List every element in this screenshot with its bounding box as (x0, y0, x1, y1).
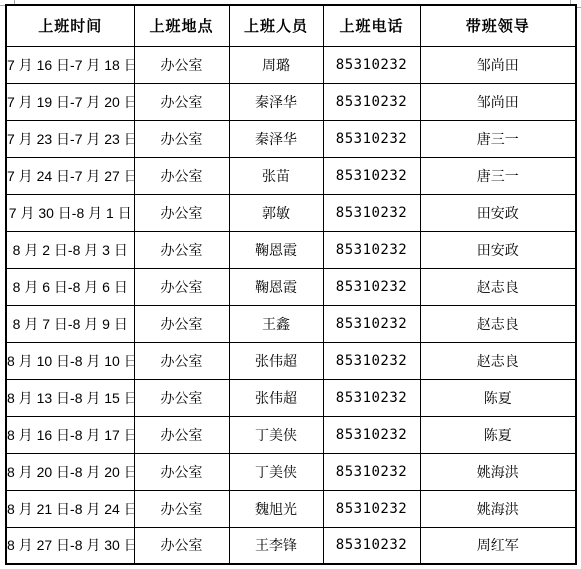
cell-person: 丁美侠 (229, 453, 323, 490)
cell-phone: 85310232 (323, 46, 420, 83)
table-row: 8 月 2 日-8 月 3 日办公室鞠恩霞85310232田安政 (6, 231, 576, 268)
cell-person: 丁美侠 (229, 416, 323, 453)
table-row: 8 月 6 日-8 月 6 日办公室鞠恩霞85310232赵志良 (6, 268, 576, 305)
cell-location: 办公室 (134, 194, 229, 231)
cell-phone: 85310232 (323, 453, 420, 490)
cell-person: 鞠恩霞 (229, 231, 323, 268)
cell-leader: 邹尚田 (420, 46, 576, 83)
cell-location: 办公室 (134, 453, 229, 490)
cell-person: 鞠恩霞 (229, 268, 323, 305)
cell-phone: 85310232 (323, 342, 420, 379)
cell-phone: 85310232 (323, 305, 420, 342)
cell-phone: 85310232 (323, 527, 420, 564)
cell-time: 7 月 16 日-7 月 18 日 (6, 46, 134, 83)
cell-leader: 陈夏 (420, 416, 576, 453)
cell-leader: 赵志良 (420, 268, 576, 305)
cell-location: 办公室 (134, 83, 229, 120)
table-row: 8 月 7 日-8 月 9 日办公室王鑫85310232赵志良 (6, 305, 576, 342)
cell-time: 8 月 6 日-8 月 6 日 (6, 268, 134, 305)
cell-leader: 周红军 (420, 527, 576, 564)
table-body: 7 月 16 日-7 月 18 日办公室周璐85310232邹尚田7 月 19 … (6, 46, 576, 564)
cell-person: 秦泽华 (229, 120, 323, 157)
cell-person: 张苗 (229, 157, 323, 194)
cell-leader: 唐三一 (420, 120, 576, 157)
cell-time: 7 月 24 日-7 月 27 日 (6, 157, 134, 194)
table-row: 8 月 13 日-8 月 15 日办公室张伟超85310232陈夏 (6, 379, 576, 416)
cell-person: 魏旭光 (229, 490, 323, 527)
table-row: 8 月 10 日-8 月 10 日办公室张伟超85310232赵志良 (6, 342, 576, 379)
cell-leader: 唐三一 (420, 157, 576, 194)
cell-person: 王李锋 (229, 527, 323, 564)
cell-location: 办公室 (134, 527, 229, 564)
cell-time: 8 月 27 日-8 月 30 日 (6, 527, 134, 564)
cell-time: 8 月 20 日-8 月 20 日 (6, 453, 134, 490)
cell-person: 张伟超 (229, 379, 323, 416)
cell-location: 办公室 (134, 416, 229, 453)
cell-leader: 田安政 (420, 231, 576, 268)
cell-time: 8 月 21 日-8 月 24 日 (6, 490, 134, 527)
table-row: 8 月 16 日-8 月 17 日办公室丁美侠85310232陈夏 (6, 416, 576, 453)
cell-location: 办公室 (134, 305, 229, 342)
cell-time: 7 月 19 日-7 月 20 日 (6, 83, 134, 120)
cell-phone: 85310232 (323, 157, 420, 194)
table-row: 7 月 24 日-7 月 27 日办公室张苗85310232唐三一 (6, 157, 576, 194)
cell-phone: 85310232 (323, 379, 420, 416)
column-header-phone: 上班电话 (323, 5, 420, 46)
header-row: 上班时间上班地点上班人员上班电话带班领导 (6, 5, 576, 46)
cell-time: 8 月 16 日-8 月 17 日 (6, 416, 134, 453)
cell-leader: 姚海洪 (420, 453, 576, 490)
cell-phone: 85310232 (323, 83, 420, 120)
table-row: 7 月 19 日-7 月 20 日办公室秦泽华85310232邹尚田 (6, 83, 576, 120)
column-header-leader: 带班领导 (420, 5, 576, 46)
cell-person: 张伟超 (229, 342, 323, 379)
cell-person: 周璐 (229, 46, 323, 83)
cell-location: 办公室 (134, 231, 229, 268)
table-row: 7 月 30 日-8 月 1 日办公室郭敏85310232田安政 (6, 194, 576, 231)
cell-location: 办公室 (134, 379, 229, 416)
cell-leader: 田安政 (420, 194, 576, 231)
cell-leader: 姚海洪 (420, 490, 576, 527)
table-row: 8 月 27 日-8 月 30 日办公室王李锋85310232周红军 (6, 527, 576, 564)
cell-leader: 赵志良 (420, 342, 576, 379)
cell-time: 8 月 7 日-8 月 9 日 (6, 305, 134, 342)
cell-phone: 85310232 (323, 231, 420, 268)
cell-person: 郭敏 (229, 194, 323, 231)
cell-time: 7 月 30 日-8 月 1 日 (6, 194, 134, 231)
cell-location: 办公室 (134, 46, 229, 83)
cell-phone: 85310232 (323, 490, 420, 527)
cell-person: 王鑫 (229, 305, 323, 342)
table-row: 7 月 16 日-7 月 18 日办公室周璐85310232邹尚田 (6, 46, 576, 83)
cell-phone: 85310232 (323, 120, 420, 157)
cell-time: 8 月 2 日-8 月 3 日 (6, 231, 134, 268)
cell-phone: 85310232 (323, 194, 420, 231)
cell-location: 办公室 (134, 268, 229, 305)
cell-location: 办公室 (134, 490, 229, 527)
cell-person: 秦泽华 (229, 83, 323, 120)
cell-leader: 邹尚田 (420, 83, 576, 120)
table-row: 7 月 23 日-7 月 23 日办公室秦泽华85310232唐三一 (6, 120, 576, 157)
cell-time: 8 月 13 日-8 月 15 日 (6, 379, 134, 416)
cell-location: 办公室 (134, 342, 229, 379)
cell-location: 办公室 (134, 120, 229, 157)
cell-leader: 赵志良 (420, 305, 576, 342)
cell-phone: 85310232 (323, 416, 420, 453)
table-row: 8 月 20 日-8 月 20 日办公室丁美侠85310232姚海洪 (6, 453, 576, 490)
column-header-time: 上班时间 (6, 5, 134, 46)
table-row: 8 月 21 日-8 月 24 日办公室魏旭光85310232姚海洪 (6, 490, 576, 527)
cell-time: 8 月 10 日-8 月 10 日 (6, 342, 134, 379)
schedule-table: 上班时间上班地点上班人员上班电话带班领导 7 月 16 日-7 月 18 日办公… (5, 4, 577, 565)
cell-time: 7 月 23 日-7 月 23 日 (6, 120, 134, 157)
column-header-person: 上班人员 (229, 5, 323, 46)
cell-leader: 陈夏 (420, 379, 576, 416)
cell-location: 办公室 (134, 157, 229, 194)
cell-phone: 85310232 (323, 268, 420, 305)
column-header-location: 上班地点 (134, 5, 229, 46)
